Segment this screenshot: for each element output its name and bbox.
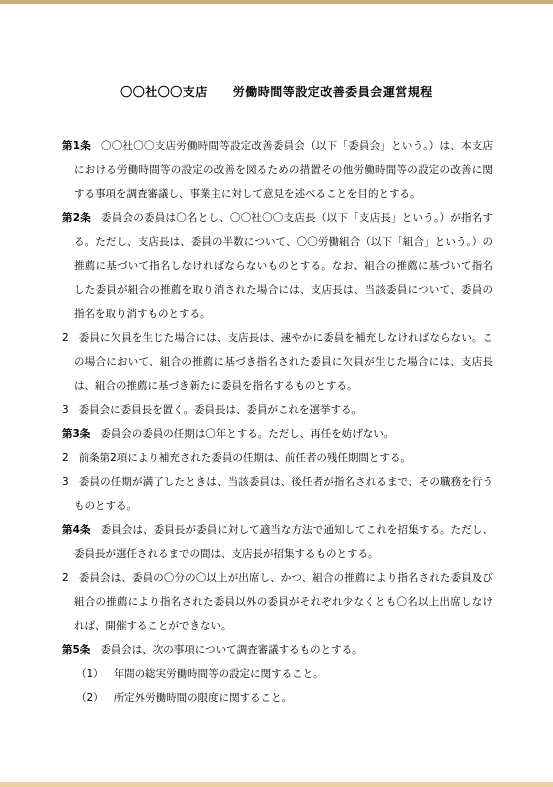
paragraph-text: 前条第2項により補充された委員の任期は、前任者の残任期間とする。 [79,452,411,464]
paragraph: 第2条委員会の委員は〇名とし、〇〇社〇〇支店長（以下「支店長」という。）が指名す… [62,206,493,326]
paragraph-label: 3 [62,404,69,416]
paragraph-label: 3 [62,476,69,488]
paragraph-text: 委員会の委員の任期は〇年とする。ただし、再任を妨げない。 [100,428,394,440]
paragraph-text: 委員会に委員長を置く。委員長は、委員がこれを選挙する。 [79,404,362,416]
paragraph-label: 第3条 [62,428,90,440]
paragraph-text: 所定外労働時間の限度に関すること。 [114,692,293,704]
paragraph-label: 第4条 [62,524,91,536]
paragraph-label: 第5条 [62,644,90,656]
paragraph: （2）所定外労働時間の限度に関すること。 [76,686,493,710]
paragraph-text: 委員の任期が満了したときは、当該委員は、後任者が指名されるまで、その職務を行うも… [74,476,493,512]
paragraph-text: 年間の総実労働時間等の設定に関すること。 [114,668,324,680]
document-title: 〇〇社〇〇支店 労働時間等設定改善委員会運営規程 [0,80,553,104]
paragraph: 3委員の任期が満了したときは、当該委員は、後任者が指名されるまで、その職務を行う… [62,470,493,518]
paragraph: 第4条委員会は、委員長が委員に対して適当な方法で通知してこれを招集する。ただし、… [62,518,493,566]
paragraph-label: 第2条 [62,212,91,224]
paragraph-label: 2 [62,332,69,344]
document-body: 第1条〇〇社〇〇支店労働時間等設定改善委員会（以下「委員会」という。）は、本支店… [62,134,493,710]
paragraph: 2委員に欠員を生じた場合には、支店長は、速やかに委員を補充しなければならない。こ… [62,326,493,398]
paragraph: （1）年間の総実労働時間等の設定に関すること。 [76,662,493,686]
paragraph: 2前条第2項により補充された委員の任期は、前任者の残任期間とする。 [62,446,493,470]
paragraph: 第5条委員会は、次の事項について調査審議するものとする。 [62,638,493,662]
paragraph: 第1条〇〇社〇〇支店労働時間等設定改善委員会（以下「委員会」という。）は、本支店… [62,134,493,206]
paragraph-text: 委員会は、次の事項について調査審議するものとする。 [100,644,362,656]
paragraph-label: 2 [62,452,69,464]
paragraph: 2委員会は、委員の〇分の〇以上が出席し、かつ、組合の推薦により指名された委員及び… [62,566,493,638]
document-page: 〇〇社〇〇支店 労働時間等設定改善委員会運営規程 第1条〇〇社〇〇支店労働時間等… [0,0,553,787]
paragraph-label: 第1条 [62,140,91,152]
paragraph-text: 委員会は、委員長が委員に対して適当な方法で通知してこれを招集する。ただし、委員長… [74,524,493,560]
paragraph: 第3条委員会の委員の任期は〇年とする。ただし、再任を妨げない。 [62,422,493,446]
paragraph-label: （1） [76,668,104,680]
paragraph-label: 2 [62,572,69,584]
paragraph-label: （2） [76,692,104,704]
paragraph-text: 委員会は、委員の〇分の〇以上が出席し、かつ、組合の推薦により指名された委員及び組… [74,572,493,632]
paragraph-text: 委員会の委員は〇名とし、〇〇社〇〇支店長（以下「支店長」という。）が指名する。た… [74,212,493,320]
paragraph-text: 委員に欠員を生じた場合には、支店長は、速やかに委員を補充しなければならない。この… [74,332,493,392]
paragraph: 3委員会に委員長を置く。委員長は、委員がこれを選挙する。 [62,398,493,422]
paragraph-text: 〇〇社〇〇支店労働時間等設定改善委員会（以下「委員会」という。）は、本支店におけ… [74,140,493,200]
